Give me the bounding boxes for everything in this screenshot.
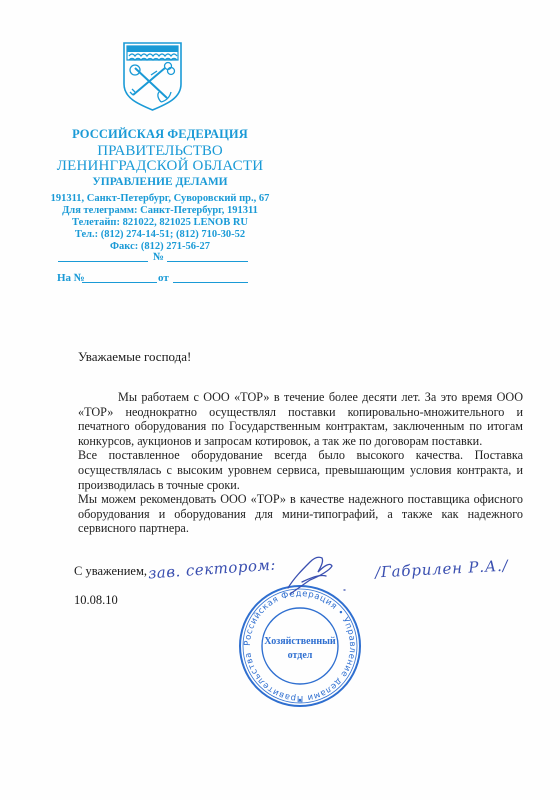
letter-date: 10.08.10: [74, 593, 118, 608]
stamp-center-line2: отдел: [288, 650, 313, 661]
handwritten-name: /Габрилен Р.А./: [375, 557, 509, 582]
coat-of-arms-icon: [121, 40, 184, 112]
letterhead-telegram: Для телеграмм: Санкт-Петербург, 191311: [40, 205, 280, 217]
letterhead-phone: Тел.: (812) 274-14-51; (812) 710-30-52: [40, 229, 280, 241]
signature: [280, 548, 360, 608]
handwritten-position: зав. сектором:: [148, 556, 277, 583]
outgoing-number-label: №: [153, 251, 164, 263]
letterhead-department: УПРАВЛЕНИЕ ДЕЛАМИ: [40, 176, 280, 188]
letter-page: РОССИЙСКАЯ ФЕДЕРАЦИЯ ПРАВИТЕЛЬСТВО ЛЕНИН…: [0, 0, 560, 800]
outgoing-date-line: [58, 261, 148, 262]
reply-date-line: [173, 282, 248, 283]
paragraph-3: Мы можем рекомендовать ООО «ТОР» в качес…: [78, 492, 523, 536]
outgoing-number-line: [167, 261, 248, 262]
paragraph-2: Все поставленное оборудование всегда был…: [78, 448, 523, 492]
greeting: Уважаемые господа!: [78, 349, 191, 365]
letterhead-address: 191311, Санкт-Петербург, Суворовский пр.…: [40, 193, 280, 205]
stamp-center-line1: Хозяйственный: [264, 636, 336, 647]
paragraph-1: Мы работаем с ООО «ТОР» в течение более …: [78, 390, 523, 448]
reply-from-label: от: [158, 272, 169, 284]
letter-body: Мы работаем с ООО «ТОР» в течение более …: [78, 390, 523, 536]
reply-number-line: [82, 282, 157, 283]
reply-number-label: На №: [57, 272, 85, 284]
letterhead-government-line2: ЛЕНИНГРАДСКОЙ ОБЛАСТИ: [40, 158, 280, 175]
letterhead-country: РОССИЙСКАЯ ФЕДЕРАЦИЯ: [40, 127, 280, 142]
letterhead-teletype: Телетайп: 821022, 821025 LENOB RU: [40, 217, 280, 229]
closing: С уважением,: [74, 564, 147, 579]
